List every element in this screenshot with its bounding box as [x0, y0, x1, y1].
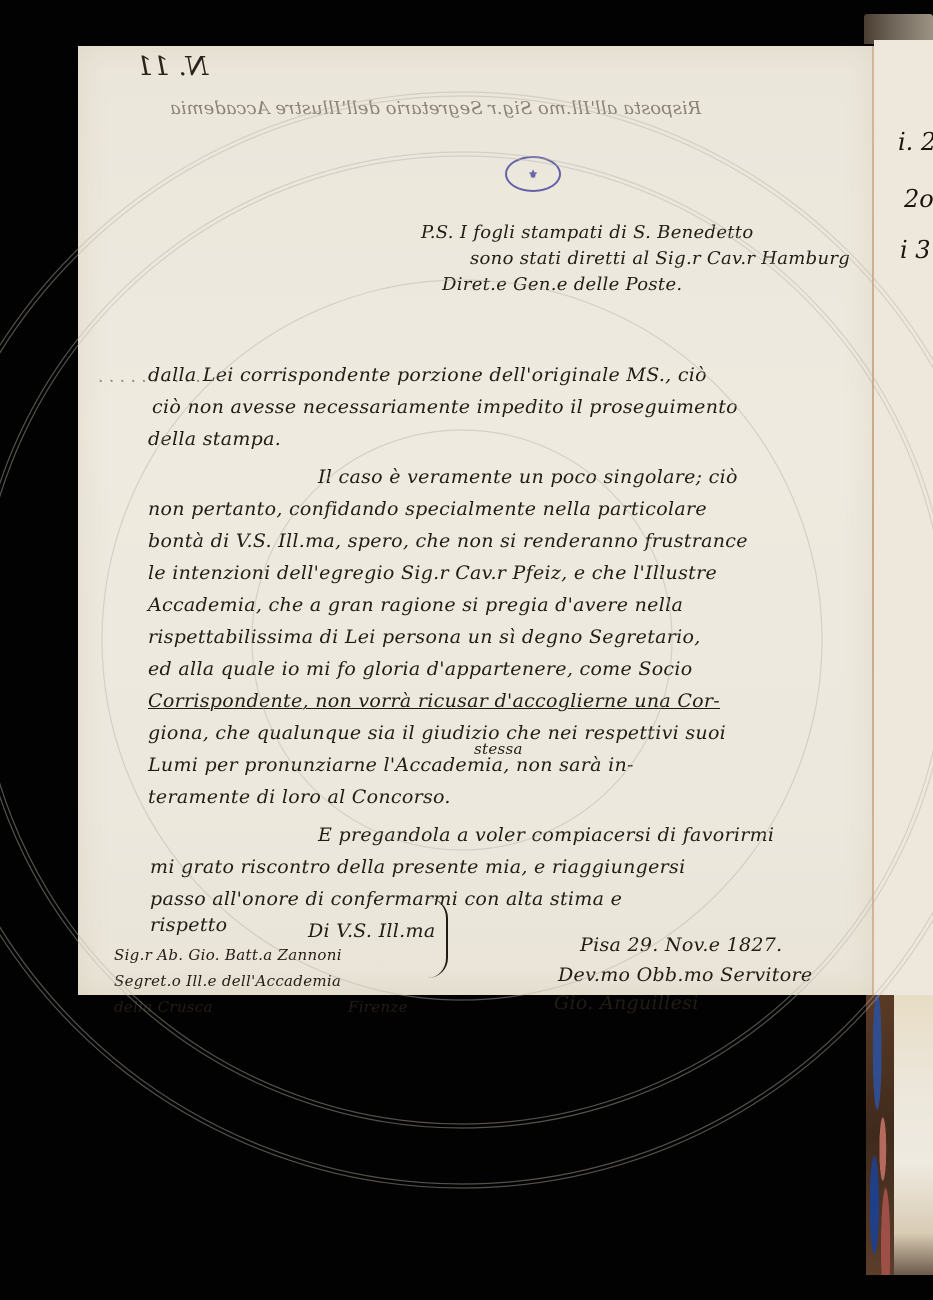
body-line: Lumi per pronunziarne l'Accademia, non s… [148, 754, 634, 776]
addressee-line: della Crusca [114, 998, 213, 1016]
place-date: Pisa 29. Nov.e 1827. [580, 934, 783, 956]
addressee-line: Segret.o Ill.e dell'Accademia [114, 972, 341, 990]
body-line: della stampa. [148, 428, 281, 450]
body-line: giona, che qualunque sia il giudizio che… [148, 722, 726, 744]
body-line: Corrispondente, non vorrà ricusar d'acco… [148, 690, 720, 712]
address-brace [428, 898, 448, 978]
body-line: non pertanto, confidando specialmente ne… [148, 498, 707, 520]
body-line: mi grato riscontro della presente mia, e… [150, 856, 685, 878]
body-line: dalla Lei corrispondente porzione dell'o… [148, 364, 707, 386]
postscript-line: Diret.e Gen.e delle Poste. [442, 274, 682, 295]
closing-formula: Di V.S. Ill.ma [308, 920, 435, 942]
facing-page-fragment: 2o [904, 185, 933, 213]
body-line: bontà di V.S. Ill.ma, spero, che non si … [148, 530, 748, 552]
body-line: Il caso è veramente un poco singolare; c… [318, 466, 738, 488]
flyleaf [894, 995, 933, 1275]
body-line: ed alla quale io mi fo gloria d'apparten… [148, 658, 693, 680]
show-through-heading: Risposta all'Ill.mo Sig.r Segretario del… [170, 98, 701, 119]
body-line: rispetto [150, 914, 227, 936]
postscript-line: sono stati diretti al Sig.r Cav.r Hambur… [470, 248, 850, 269]
body-line: passo all'onore di confermarmi con alta … [150, 888, 622, 910]
stamp-emblem-icon: ⚜ [528, 168, 538, 181]
facing-page-fragment: i. 2 [898, 128, 933, 156]
body-line: Accademia, che a gran ragione si pregia … [148, 594, 683, 616]
signoff: Dev.mo Obb.mo Servitore [558, 964, 812, 986]
addressee-line: Sig.r Ab. Gio. Batt.a Zannoni [114, 946, 342, 964]
facing-page-fragment: i 3 [900, 236, 931, 264]
facing-page: i. 2 2o i 3 [874, 40, 933, 995]
body-line: E pregandola a voler compiacersi di favo… [318, 824, 774, 846]
signature: Gio. Anguillesi [554, 992, 699, 1014]
folio-mark: N. 11 [136, 52, 208, 82]
body-line: ciò non avesse necessariamente impedito … [152, 396, 738, 418]
manuscript-page: N. 11 Risposta all'Ill.mo Sig.r Segretar… [78, 46, 874, 995]
body-line: teramente di loro al Concorso. [148, 786, 451, 808]
postscript-line: P.S. I fogli stampati di S. Benedetto [421, 222, 753, 243]
marbled-binding [866, 995, 894, 1275]
library-stamp: ⚜ [505, 156, 561, 192]
addressee-city: Firenze [348, 998, 408, 1016]
body-line: le intenzioni dell'egregio Sig.r Cav.r P… [148, 562, 717, 584]
body-line: rispettabilissima di Lei persona un sì d… [148, 626, 701, 648]
